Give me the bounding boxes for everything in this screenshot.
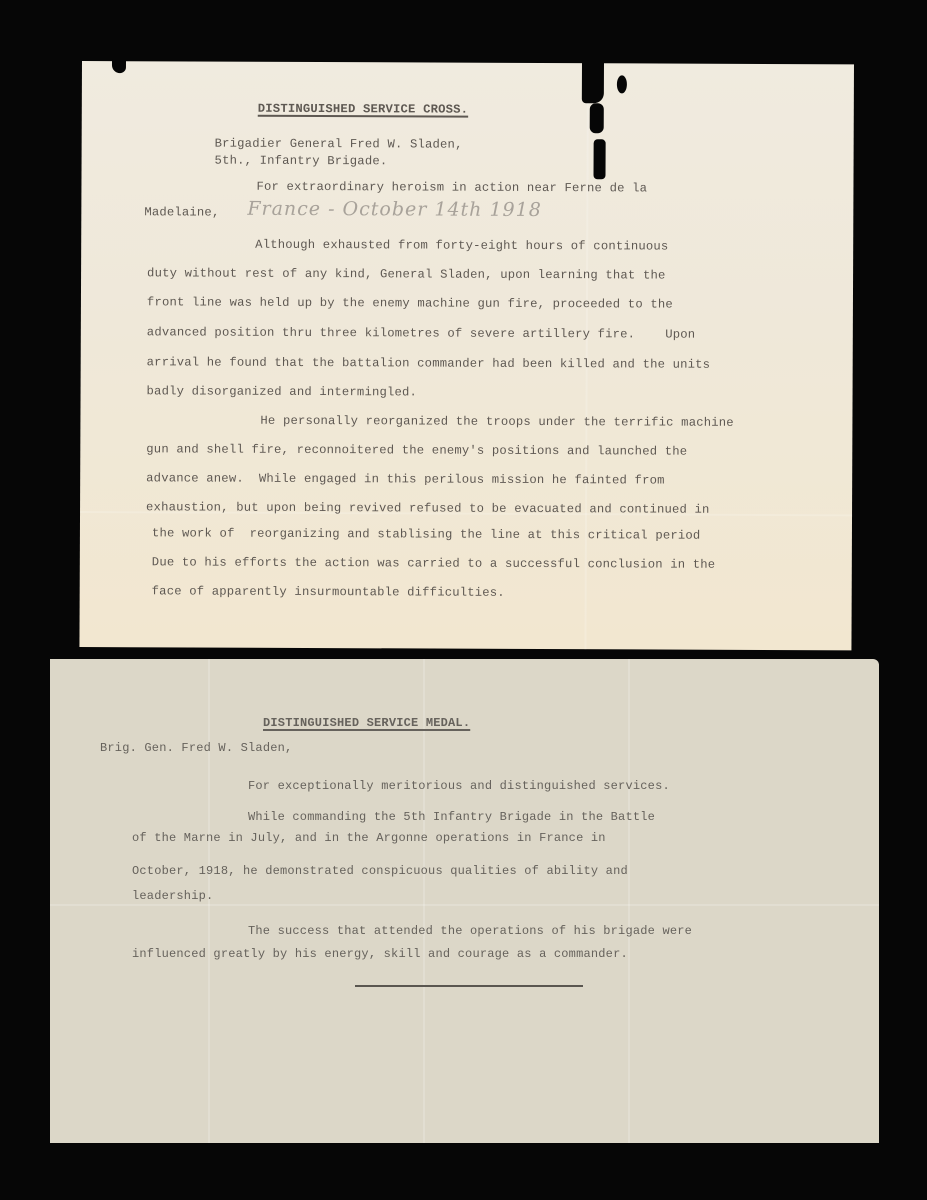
medal-body-line: For exceptionally meritorious and distin… [248,779,670,793]
distinguished-service-medal-document: DISTINGUISHED SERVICE MEDAL. Brig. Gen. … [50,659,879,1143]
cross-body-line: arrival he found that the battalion comm… [147,355,711,371]
cross-body-line: the work of reorganizing and stablising … [152,526,701,542]
cross-body-line: gun and shell fire, reconnoitered the en… [146,442,687,458]
medal-body-line: While commanding the 5th Infantry Brigad… [248,810,655,824]
torn-edge [582,61,604,103]
cross-body-line: advance anew. While engaged in this peri… [146,471,665,487]
cross-body-line: Due to his efforts the action was carrie… [152,555,716,571]
medal-body-line: influenced greatly by his energy, skill … [132,947,628,961]
cross-heading: DISTINGUISHED SERVICE CROSS. [258,102,468,117]
cross-body-line: duty without rest of any kind, General S… [147,266,666,282]
medal-body-line: October, 1918, he demonstrated conspicuo… [132,864,628,878]
cross-recipient-unit: 5th., Infantry Brigade. [215,154,388,169]
cross-body-line: He personally reorganized the troops und… [260,414,733,430]
cross-body-line: exhaustion, but upon being revived refus… [146,500,710,516]
medal-body-line: of the Marne in July, and in the Argonne… [132,831,606,845]
medal-heading: DISTINGUISHED SERVICE MEDAL. [263,716,470,730]
handwritten-date-annotation: France - October 14th 1918 [247,198,542,221]
medal-recipient-name: Brig. Gen. Fred W. Sladen, [100,741,292,755]
cross-body-line: badly disorganized and intermingled. [147,384,418,399]
torn-edge [590,103,604,133]
fold-line [423,659,425,1143]
cross-body-line: face of apparently insurmountable diffic… [152,584,505,600]
torn-edge [593,139,605,179]
cross-body-line: advanced position thru three kilometres … [147,325,696,341]
signature-line [355,985,583,987]
cross-body-line: Although exhausted from forty-eight hour… [255,238,668,254]
cross-intro-location: Madelaine, [144,205,219,219]
cross-recipient-name: Brigadier General Fred W. Sladen, [215,137,463,152]
medal-body-line: The success that attended the operations… [248,924,692,938]
medal-body-line: leadership. [132,889,213,903]
torn-edge [112,59,126,73]
torn-edge [617,75,627,93]
fold-line [50,904,879,906]
cross-intro-line: For extraordinary heroism in action near… [256,180,647,196]
cross-body-line: front line was held up by the enemy mach… [147,295,673,311]
fold-line [628,659,630,1143]
distinguished-service-cross-document: DISTINGUISHED SERVICE CROSS. Brigadier G… [79,61,854,650]
